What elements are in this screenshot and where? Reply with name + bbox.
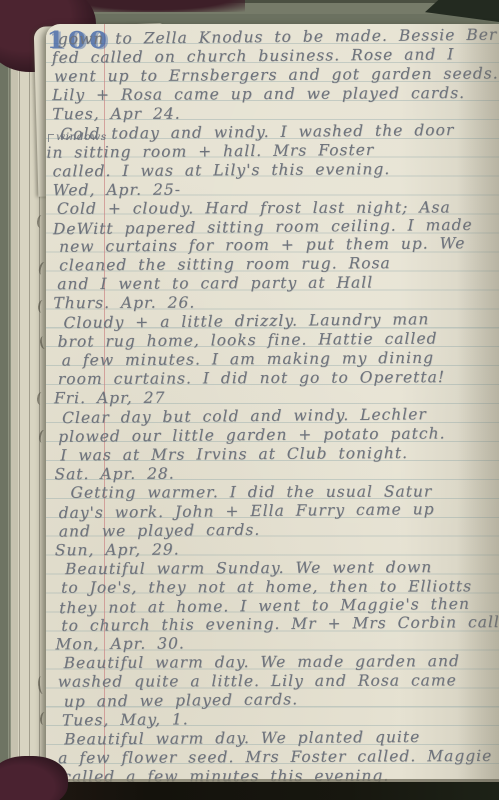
journal-line: brot rug home, looks fine. Hattie called (58, 330, 438, 351)
journal-date-line: Mon, Apr. 30. (55, 635, 184, 654)
journal-date-line: Wed, Apr. 25- (53, 180, 181, 199)
journal-line: room curtains. I did not go to Operetta! (58, 368, 445, 388)
book-bottom-shadow (0, 782, 499, 800)
journal-line: fed called on church business. Rose and … (52, 45, 455, 67)
journal-line: Beautiful warm day. We made garden and (64, 652, 460, 672)
journal-date-line: Tues, Apr 24. (52, 105, 180, 123)
journal-line: and we played cards. (59, 521, 261, 541)
cover-corner-bottom-left (0, 756, 68, 800)
journal-date-line: Thurs. Apr. 26. (53, 294, 195, 312)
journal-line: cleaned the sitting room rug. Rosa (59, 255, 391, 275)
journal-line: to church this evening. Mr + Mrs Corbin … (61, 613, 499, 635)
inserted-word: windows (56, 131, 107, 143)
journal-line: Lily + Rosa came up and we played cards. (52, 84, 465, 104)
journal-line: Getting warmer. I did the usual Satur (71, 482, 433, 501)
journal-line: Clear day but cold and windy. Lechler (62, 405, 427, 427)
journal-line: a few minutes. I am making my dining (62, 349, 434, 370)
page-edge-ink-mark (36, 392, 45, 406)
insertion-caret-mark (48, 134, 54, 142)
journal-line: went up to Ernsbergers and got garden se… (54, 64, 499, 85)
journal-line: to Joe's, they not at home, then to Elli… (61, 577, 472, 596)
journal-line: Cold + cloudy. Hard frost last night; As… (57, 198, 451, 217)
page-edge-ink-mark (36, 215, 45, 229)
journal-line: day's work. John + Ella Furry came up (59, 500, 435, 522)
journal-line: washed quite a little. Lily and Rosa cam… (58, 672, 457, 691)
journal-line: Beautiful warm Sunday. We went down (65, 558, 432, 578)
journal-date-line: Fri. Apr, 27 (54, 389, 165, 407)
journal-date-line: Tues, May, 1. (62, 711, 189, 730)
page-gutter-shade (457, 24, 499, 784)
journal-line: Cold today and windy. I washed the door (60, 121, 454, 143)
journal-line: I was at Mrs Irvins at Club tonight. (60, 444, 408, 464)
journal-line: plowed our little garden + potato patch. (58, 424, 445, 445)
journal-line: and I went to card party at Hall (57, 274, 373, 294)
journal-date-line: Sat. Apr. 28. (54, 464, 174, 483)
journal-line: new curtains for room + put them up. We (59, 235, 466, 257)
journal-line: Beautiful warm day. We planted quite (64, 728, 420, 748)
book-photo: 100 gown to Zella Knodus to be made. Bes… (0, 0, 499, 800)
journal-lines: gown to Zella Knodus to be made. Bessie … (46, 24, 499, 784)
journal-line: called. I was at Lily's this evening. (53, 160, 391, 180)
journal-line: in sitting room + hall. Mrs Foster (46, 141, 374, 162)
journal-line: up and we played cards. (64, 691, 298, 711)
journal-date-line: Sun, Apr, 29. (55, 540, 180, 559)
diary-page: 100 gown to Zella Knodus to be made. Bes… (46, 24, 499, 784)
journal-line: a few flower seed. Mrs Foster called. Ma… (58, 747, 492, 767)
